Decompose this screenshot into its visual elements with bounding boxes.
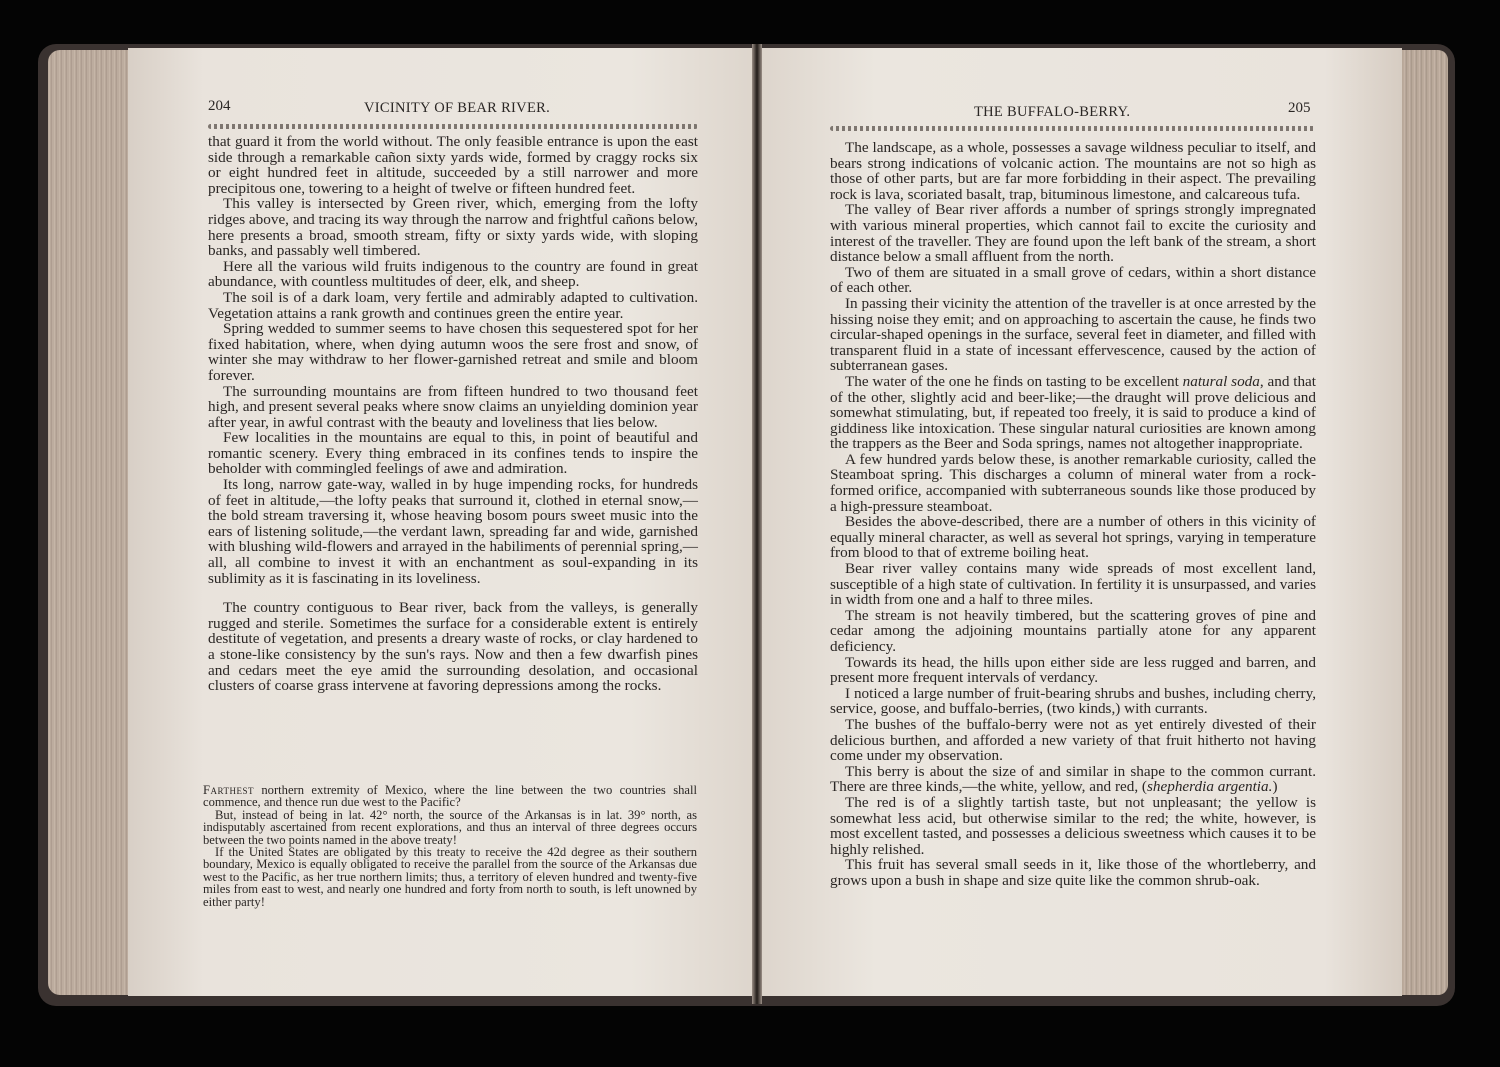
footnote: Farthest northern extremity of Mexico, w… — [203, 784, 697, 908]
footnote-paragraph: If the United States are obligated by th… — [203, 846, 697, 908]
body-text: that guard it from the world without. Th… — [208, 134, 698, 694]
italic-term: natural soda — [1183, 373, 1260, 390]
wavy-rule — [208, 124, 698, 129]
paragraph: The surrounding mountains are from fifte… — [208, 384, 698, 431]
body-text: The landscape, as a whole, possesses a s… — [830, 140, 1316, 889]
footnote-text: northern extremity of Mexico, where the … — [203, 783, 697, 809]
paragraph: In passing their vicinity the attention … — [830, 296, 1316, 374]
paragraph: Spring wedded to summer seems to have ch… — [208, 321, 698, 383]
paragraph: This berry is about the size of and simi… — [830, 764, 1316, 795]
italic-term: shepherdia argentia. — [1147, 778, 1272, 795]
paragraph: This fruit has several small seeds in it… — [830, 857, 1316, 888]
paragraph: The country contiguous to Bear river, ba… — [208, 600, 698, 694]
footnote-paragraph: But, instead of being in lat. 42° north,… — [203, 809, 697, 846]
paragraph: The stream is not heavily timbered, but … — [830, 608, 1316, 655]
paragraph: The soil is of a dark loam, very fertile… — [208, 290, 698, 321]
paragraph: This valley is intersected by Green rive… — [208, 196, 698, 258]
paragraph: The red is of a slightly tartish taste, … — [830, 795, 1316, 857]
right-page: THE BUFFALO-BERRY. 205 The landscape, as… — [760, 48, 1402, 996]
paragraph: A few hundred yards below these, is anot… — [830, 452, 1316, 514]
running-head: THE BUFFALO-BERRY. — [974, 104, 1130, 121]
text-run: The water of the one he finds on tasting… — [845, 373, 1183, 390]
left-page: 204 VICINITY OF BEAR RIVER. that guard i… — [128, 48, 756, 996]
paragraph: Here all the various wild fruits indigen… — [208, 259, 698, 290]
book-gutter — [752, 44, 762, 1004]
page-edges-left — [48, 50, 133, 995]
paragraph: Towards its head, the hills upon either … — [830, 655, 1316, 686]
paragraph: Bear river valley contains many wide spr… — [830, 561, 1316, 608]
wavy-rule — [830, 126, 1316, 131]
paragraph: Besides the above-described, there are a… — [830, 514, 1316, 561]
paragraph: Few localities in the mountains are equa… — [208, 430, 698, 477]
paragraph: The landscape, as a whole, possesses a s… — [830, 140, 1316, 202]
text-run: ) — [1272, 778, 1277, 795]
paragraph: that guard it from the world without. Th… — [208, 134, 698, 196]
page-number: 204 — [208, 98, 231, 115]
paragraph: The bushes of the buffalo-berry were not… — [830, 717, 1316, 764]
running-head: VICINITY OF BEAR RIVER. — [364, 100, 550, 117]
paragraph: Its long, narrow gate-way, walled in by … — [208, 477, 698, 586]
paragraph: I noticed a large number of fruit-bearin… — [830, 686, 1316, 717]
paragraph: Two of them are situated in a small grov… — [830, 265, 1316, 296]
paragraph: The valley of Bear river affords a numbe… — [830, 202, 1316, 264]
paragraph: The water of the one he finds on tasting… — [830, 374, 1316, 452]
page-number: 205 — [1288, 100, 1311, 117]
page-edges-right — [1398, 50, 1448, 995]
